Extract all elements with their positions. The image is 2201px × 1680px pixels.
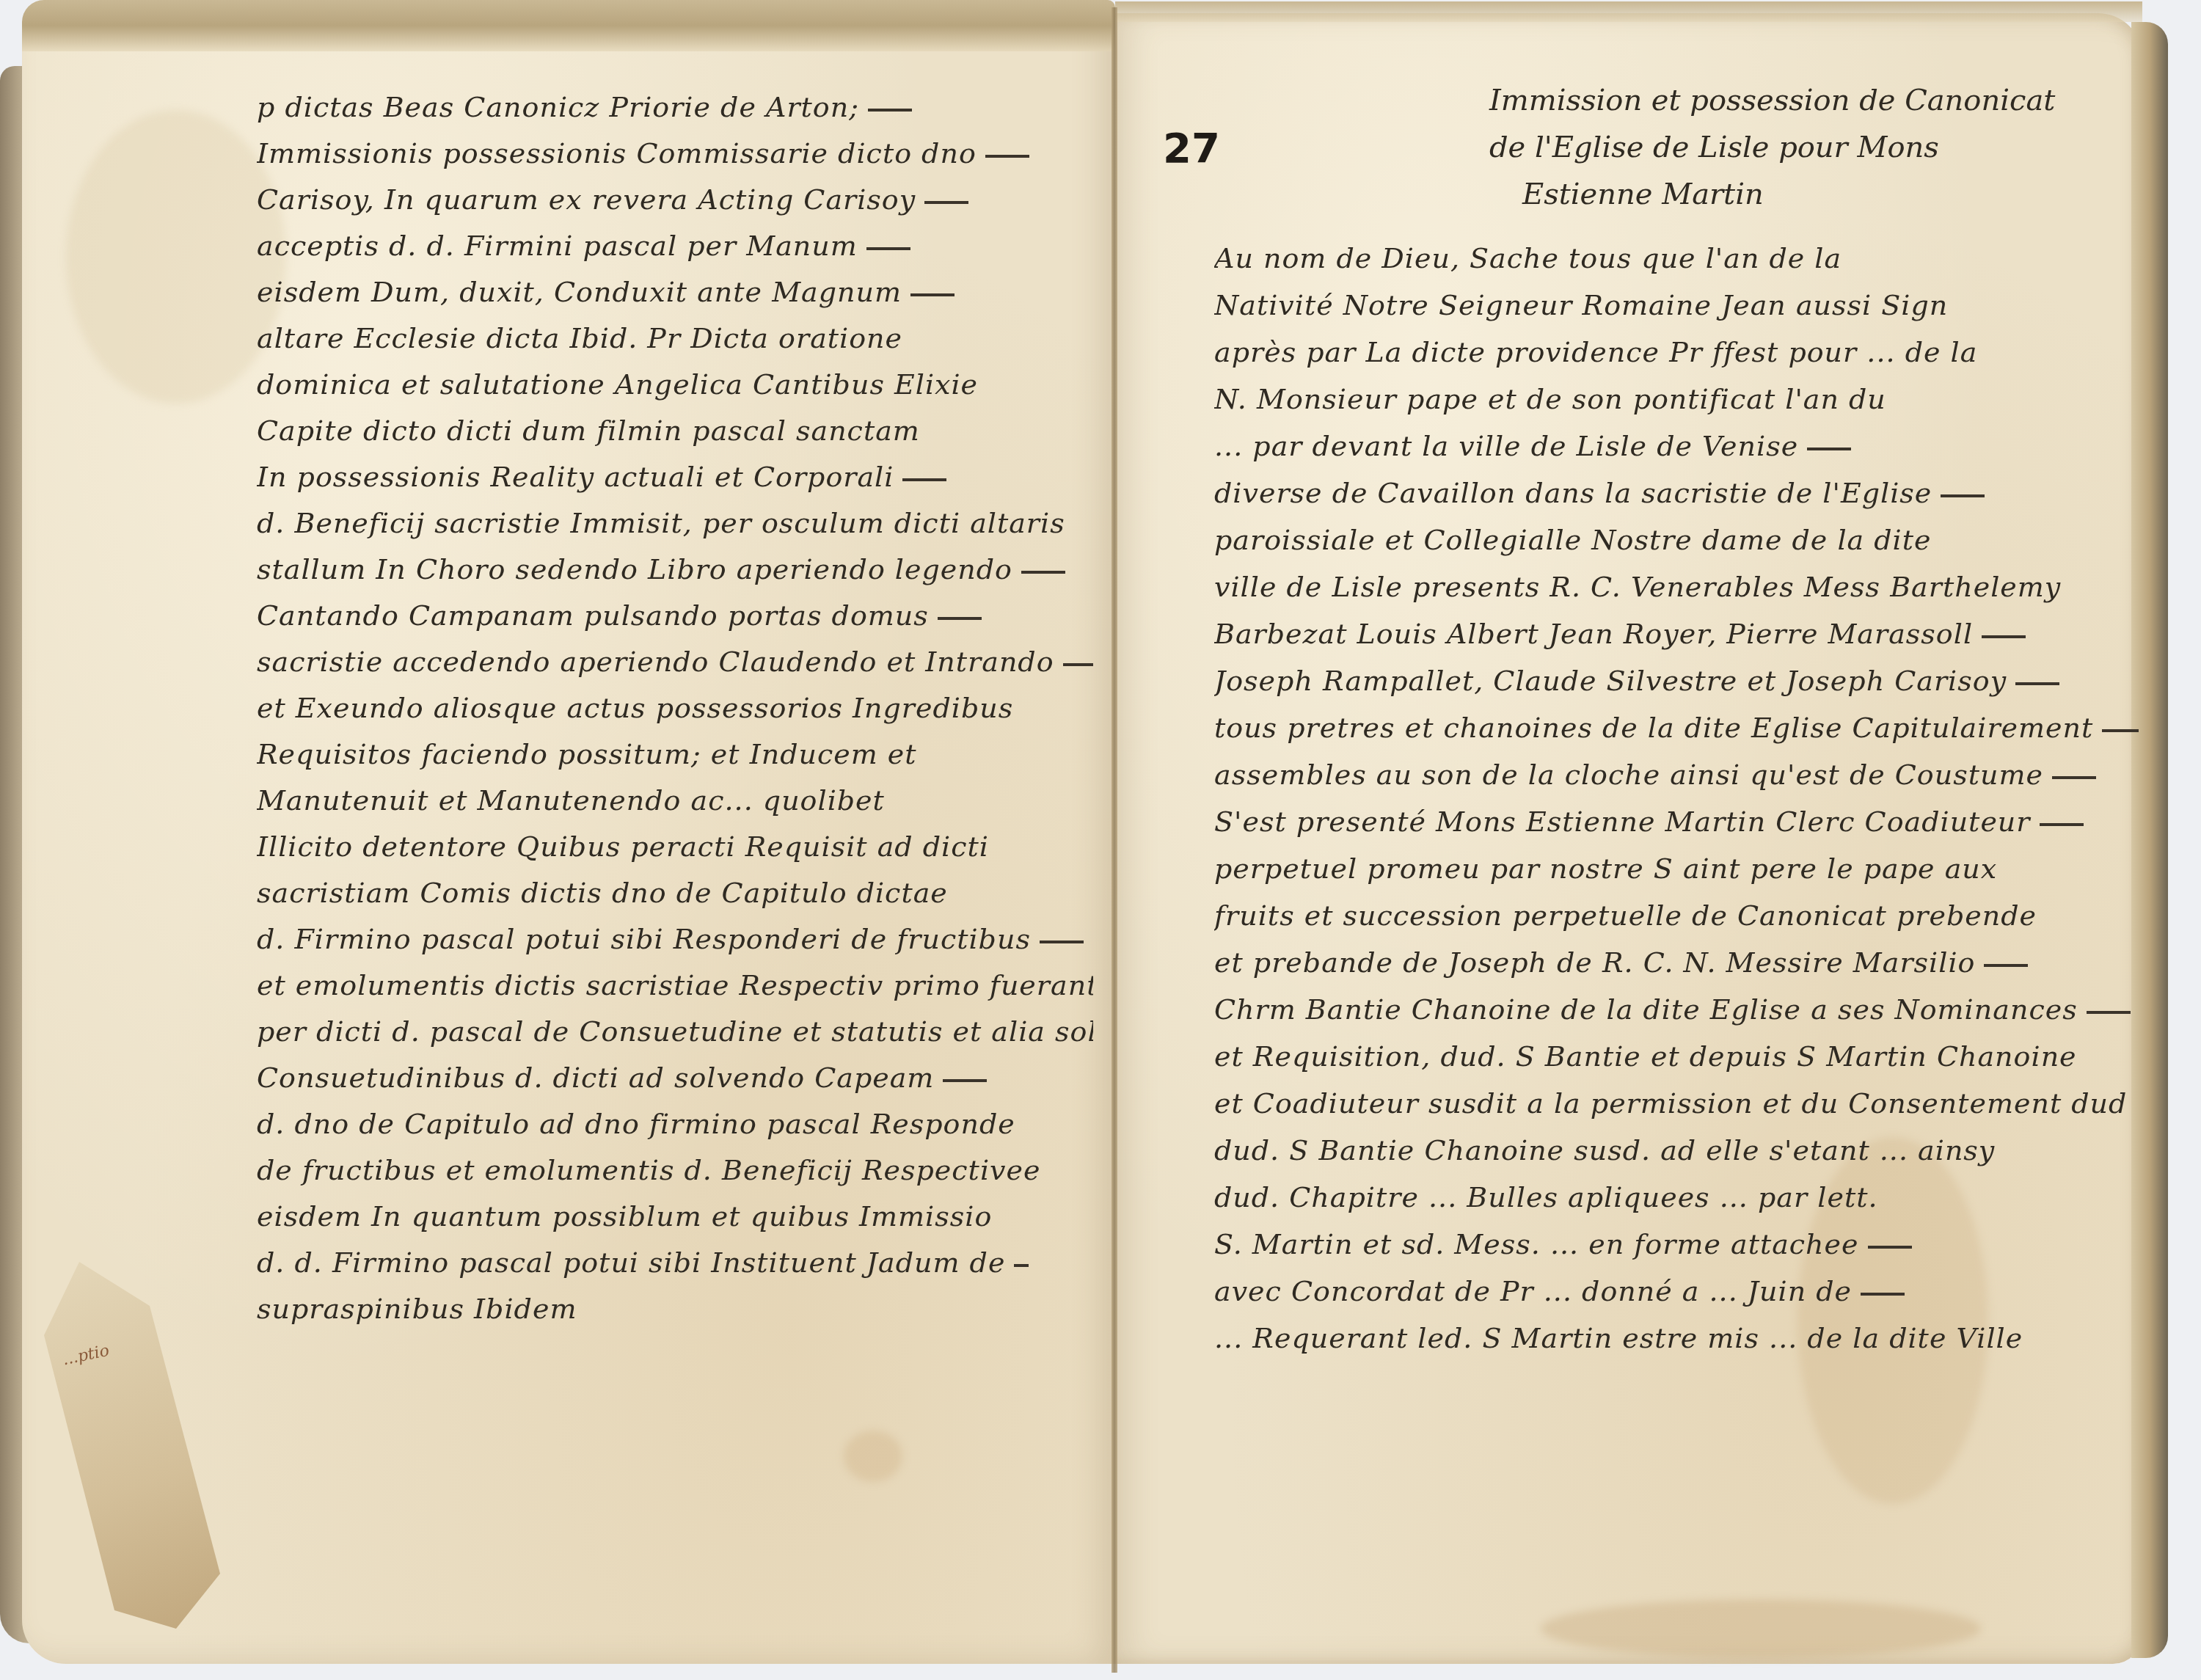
text-line: et Coadiuteur susdit a la permission et …: [1214, 1080, 2139, 1127]
text-line: dud. S Bantie Chanoine susd. ad elle s'e…: [1214, 1127, 2139, 1174]
text-line: supraspinibus Ibidem: [257, 1286, 1093, 1332]
heading-line: Estienne Martin: [1489, 171, 2135, 218]
text-line: dominica et salutatione Angelica Cantibu…: [257, 362, 1093, 408]
text-line: Illicito detentore Quibus peracti Requis…: [257, 824, 1093, 870]
text-line: dud. Chapitre ... Bulles apliquees ... p…: [1214, 1174, 2139, 1221]
text-line: eisdem In quantum possiblum et quibus Im…: [257, 1194, 1093, 1240]
text-line: de fructibus et emolumentis d. Beneficij…: [257, 1147, 1093, 1194]
text-line: ville de Lisle presents R. C. Venerables…: [1214, 563, 2139, 610]
text-line: stallum In Choro sedendo Libro aperiendo…: [257, 547, 1093, 593]
text-line: Chrm Bantie Chanoine de la dite Eglise a…: [1214, 986, 2139, 1033]
text-line: In possessionis Reality actuali et Corpo…: [257, 454, 1093, 500]
text-line: Consuetudinibus d. dicti ad solvendo Cap…: [257, 1055, 1093, 1101]
text-line: diverse de Cavaillon dans la sacristie d…: [1214, 470, 2139, 516]
right-page-text: Au nom de Dieu, Sache tous que l'an de l…: [1214, 235, 2139, 1362]
text-line: d. d. Firmino pascal potui sibi Institue…: [257, 1240, 1093, 1286]
text-line: Requisitos faciendo possitum; et Inducem…: [257, 731, 1093, 778]
text-line: Au nom de Dieu, Sache tous que l'an de l…: [1214, 235, 2139, 282]
book-spine-gutter: [1112, 7, 1117, 1673]
text-line: eisdem Dum, duxit, Conduxit ante Magnum: [257, 269, 1093, 315]
paper-stain: [1541, 1599, 1981, 1658]
text-line: p dictas Beas Canonicz Priorie de Arton;: [257, 84, 1093, 131]
text-line: sacristie accedendo aperiendo Claudendo …: [257, 639, 1093, 685]
text-line: après par La dicte providence Pr ffest p…: [1214, 329, 2139, 376]
text-line: et Exeundo aliosque actus possessorios I…: [257, 685, 1093, 731]
text-line: Carisoy, In quarum ex revera Acting Cari…: [257, 177, 1093, 223]
page-number: 27: [1163, 125, 1220, 172]
text-line: assembles au son de la cloche ainsi qu'e…: [1214, 751, 2139, 798]
text-line: et Requisition, dud. S Bantie et depuis …: [1214, 1033, 2139, 1080]
text-line: Nativité Notre Seigneur Romaine Jean aus…: [1214, 282, 2139, 329]
text-line: Capite dicto dicti dum filmin pascal san…: [257, 408, 1093, 454]
heading-line: de l'Eglise de Lisle pour Mons: [1489, 124, 2135, 171]
text-line: tous pretres et chanoines de la dite Egl…: [1214, 704, 2139, 751]
text-line: Joseph Rampallet, Claude Silvestre et Jo…: [1214, 657, 2139, 704]
text-line: avec Concordat de Pr ... donné a ... Jui…: [1214, 1268, 2139, 1315]
text-line: et prebande de Joseph de R. C. N. Messir…: [1214, 939, 2139, 986]
text-line: N. Monsieur pape et de son pontificat l'…: [1214, 376, 2139, 423]
text-line: S. Martin et sd. Mess. ... en forme atta…: [1214, 1221, 2139, 1268]
text-line: Barbezat Louis Albert Jean Royer, Pierre…: [1214, 610, 2139, 657]
text-line: Cantando Campanam pulsando portas domus: [257, 593, 1093, 639]
text-line: Manutenuit et Manutenendo ac... quolibet: [257, 778, 1093, 824]
text-line: per dicti d. pascal de Consuetudine et s…: [257, 1009, 1093, 1055]
frayed-top-edge-left: [22, 0, 1115, 51]
entry-heading: Immission et possession de Canonicat de …: [1489, 77, 2135, 218]
text-line: d. Beneficij sacristie Immisit, per oscu…: [257, 500, 1093, 547]
manuscript-spread: ...ptio p dictas Beas Canonicz Priorie d…: [0, 0, 2201, 1680]
text-line: d. Firmino pascal potui sibi Responderi …: [257, 916, 1093, 963]
text-line: et emolumentis dictis sacristiae Respect…: [257, 963, 1093, 1009]
text-line: ... Requerant led. S Martin estre mis ..…: [1214, 1315, 2139, 1362]
heading-line: Immission et possession de Canonicat: [1489, 77, 2135, 124]
text-line: fruits et succession perpetuelle de Cano…: [1214, 892, 2139, 939]
text-line: ... par devant la ville de Lisle de Veni…: [1214, 423, 2139, 470]
text-line: acceptis d. d. Firmini pascal per Manum: [257, 223, 1093, 269]
text-line: perpetuel promeu par nostre S aint pere …: [1214, 845, 2139, 892]
paper-stain: [66, 110, 286, 403]
left-page-text: p dictas Beas Canonicz Priorie de Arton;…: [257, 84, 1093, 1332]
text-line: S'est presenté Mons Estienne Martin Cler…: [1214, 798, 2139, 845]
text-line: d. dno de Capitulo ad dno firmino pascal…: [257, 1101, 1093, 1147]
text-line: paroissiale et Collegialle Nostre dame d…: [1214, 516, 2139, 563]
text-line: Immissionis possessionis Commissarie dic…: [257, 131, 1093, 177]
paper-stain: [844, 1431, 902, 1482]
frayed-top-edge-right: [1115, 1, 2142, 22]
text-line: altare Ecclesie dicta Ibid. Pr Dicta ora…: [257, 315, 1093, 362]
text-line: sacristiam Comis dictis dno de Capitulo …: [257, 870, 1093, 916]
